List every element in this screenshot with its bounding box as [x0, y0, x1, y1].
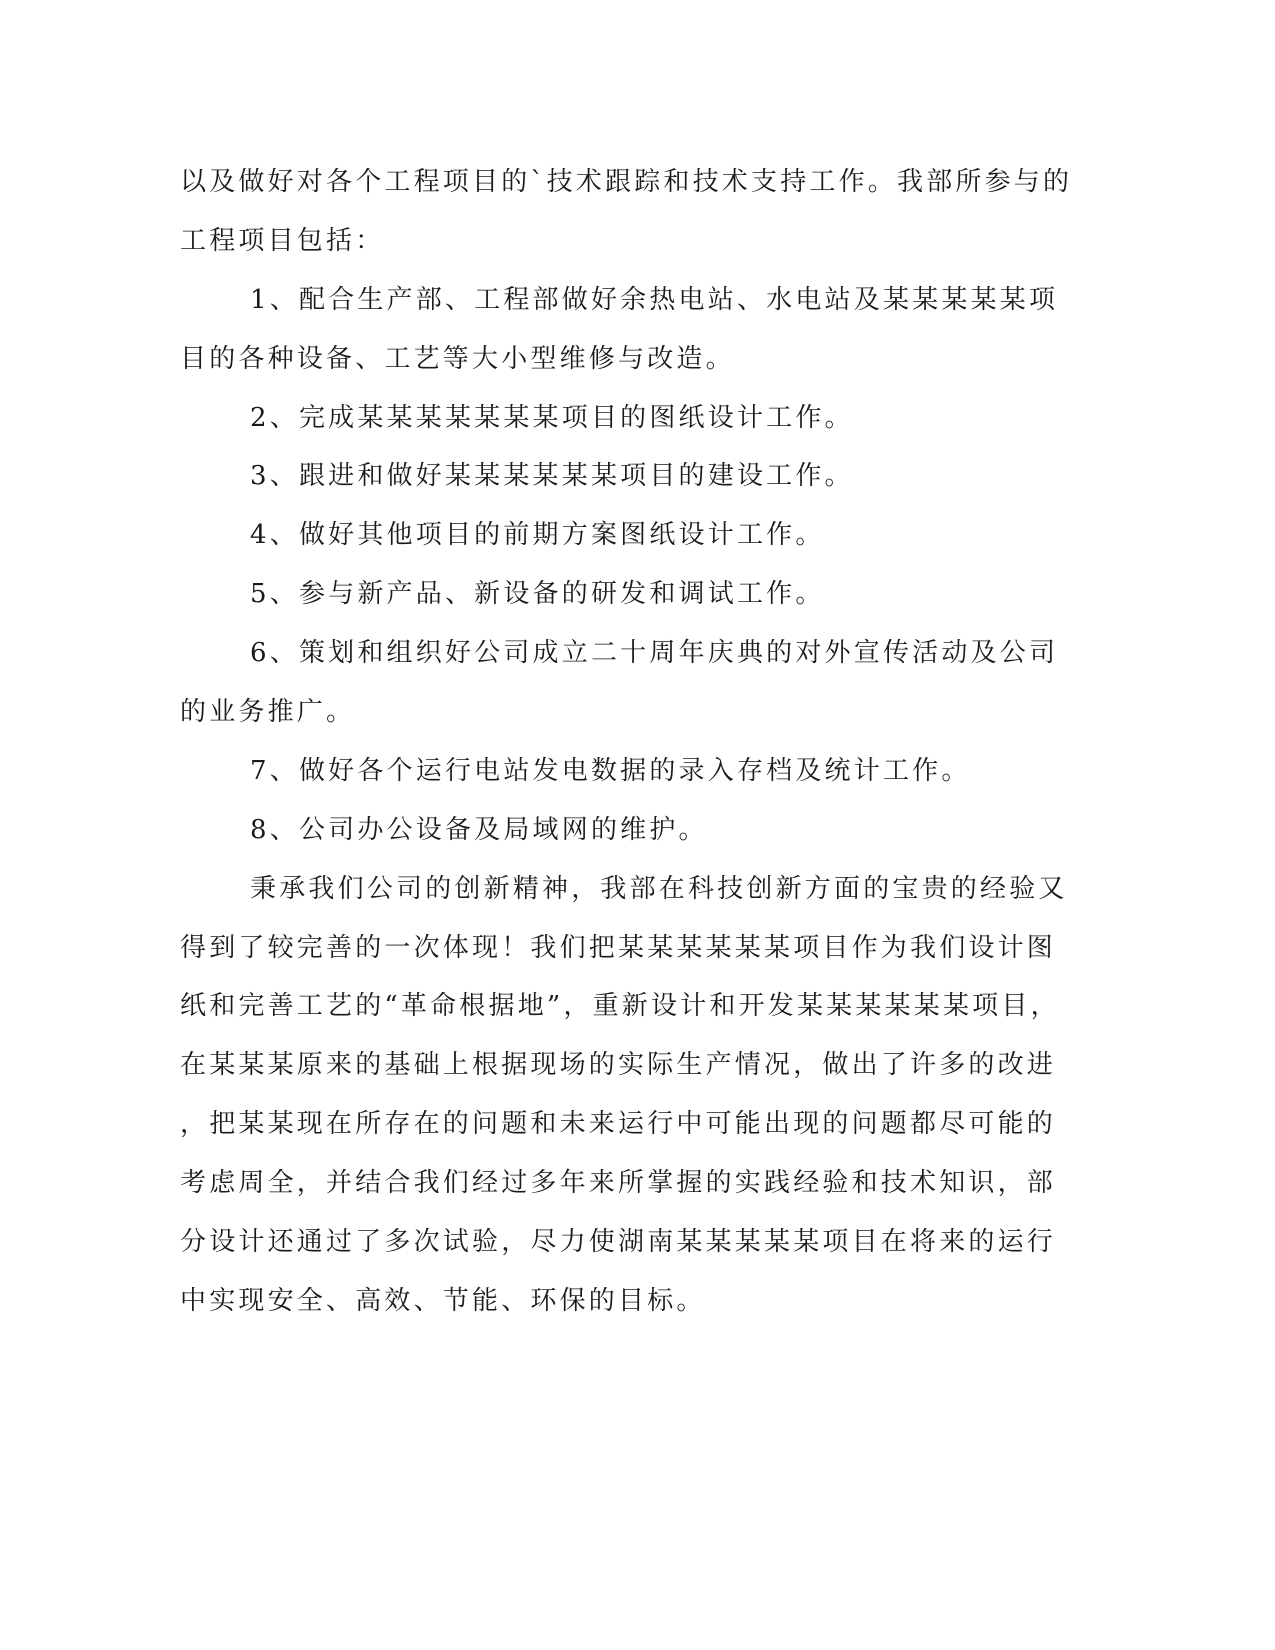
- text-line: 在某某某原来的基础上根据现场的实际生产情况，做出了许多的改进: [180, 1041, 1030, 1100]
- text-line: 工程项目包括：: [180, 217, 1030, 276]
- text-line: 的业务推广。: [180, 688, 1030, 747]
- list-item-6: 6、策划和组织好公司成立二十周年庆典的对外宣传活动及公司: [180, 629, 1030, 688]
- list-item-3: 3、跟进和做好某某某某某某项目的建设工作。: [180, 452, 1030, 511]
- text-line: 以及做好对各个工程项目的`技术跟踪和技术支持工作。我部所参与的: [180, 158, 1030, 217]
- text-line: 中实现安全、高效、节能、环保的目标。: [180, 1277, 1030, 1336]
- document-page: 以及做好对各个工程项目的`技术跟踪和技术支持工作。我部所参与的 工程项目包括： …: [180, 158, 1030, 1336]
- list-item-5: 5、参与新产品、新设备的研发和调试工作。: [180, 570, 1030, 629]
- text-line: 目的各种设备、工艺等大小型维修与改造。: [180, 335, 1030, 394]
- text-line: 得到了较完善的一次体现！我们把某某某某某某项目作为我们设计图: [180, 924, 1030, 983]
- list-item-8: 8、公司办公设备及局域网的维护。: [180, 806, 1030, 865]
- text-line: 考虑周全，并结合我们经过多年来所掌握的实践经验和技术知识，部: [180, 1159, 1030, 1218]
- text-line: 纸和完善工艺的“革命根据地”，重新设计和开发某某某某某某项目，: [180, 982, 1030, 1041]
- text-line: ，把某某现在所存在的问题和未来运行中可能出现的问题都尽可能的: [180, 1100, 1030, 1159]
- list-item-7: 7、做好各个运行电站发电数据的录入存档及统计工作。: [180, 747, 1030, 806]
- text-line: 分设计还通过了多次试验，尽力使湖南某某某某某项目在将来的运行: [180, 1218, 1030, 1277]
- list-item-1: 1、配合生产部、工程部做好余热电站、水电站及某某某某某项: [180, 276, 1030, 335]
- list-item-2: 2、完成某某某某某某某项目的图纸设计工作。: [180, 394, 1030, 453]
- list-item-4: 4、做好其他项目的前期方案图纸设计工作。: [180, 511, 1030, 570]
- paragraph-start: 秉承我们公司的创新精神，我部在科技创新方面的宝贵的经验又: [180, 865, 1030, 924]
